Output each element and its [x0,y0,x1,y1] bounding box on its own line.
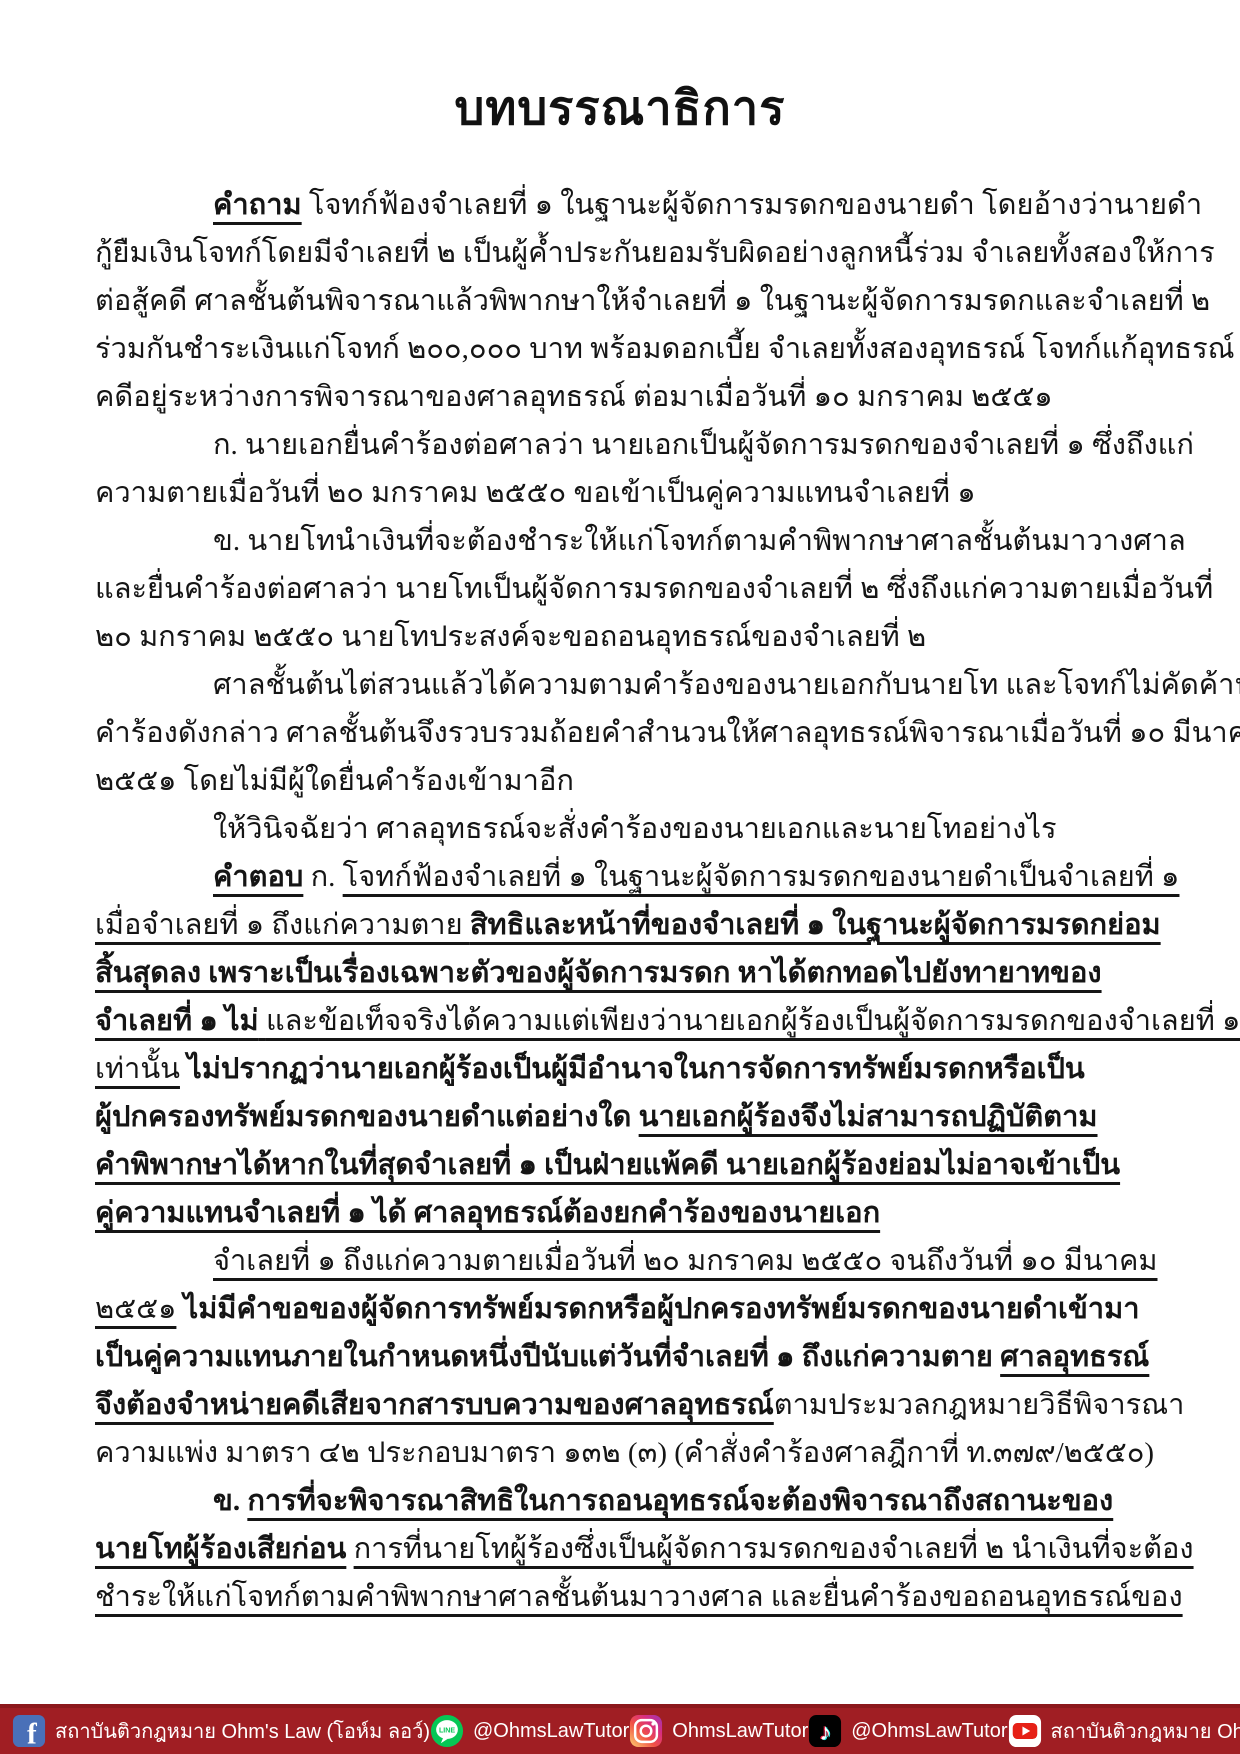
text-segment: เมื่อจำเลยที่ ๑ ถึงแก่ความตาย [95,909,470,941]
text-segment: การที่นายโทผู้ร้องซึ่งเป็นผู้จัดการมรดกข… [354,1533,1194,1565]
document-body: คำถาม โจทก์ฟ้องจำเลยที่ ๑ ในฐานะผู้จัดกา… [95,181,1150,1621]
footer-item-facebook[interactable]: fสถาบันติวกฎหมาย Ohm's Law (โอห์ม ลอว์) [12,1714,430,1748]
text-segment: จำเลยที่ ๑ ถึงแก่ความตายเมื่อวันที่ ๒๐ ม… [213,1245,1158,1277]
footer-item-label: สถาบันติวกฎหมาย Ohm's Law (โอห์ม ลอว์) [55,1715,430,1747]
text-line: ข. นายโทนำเงินที่จะต้องชำระให้แก่โจทก์ตา… [95,517,1150,565]
text-segment: ร่วมกันชำระเงินแก่โจทก์ ๒๐๐,๐๐๐ บาท พร้อ… [95,333,1235,365]
instagram-icon [629,1714,663,1748]
text-segment: ความตายเมื่อวันที่ ๒๐ มกราคม ๒๕๕๐ ขอเข้า… [95,477,976,509]
text-line: คำตอบ ก. โจทก์ฟ้องจำเลยที่ ๑ ในฐานะผู้จั… [95,853,1150,901]
text-segment: ก. นายเอกยื่นคำร้องต่อศาลว่า นายเอกเป็นผ… [213,429,1194,461]
text-line: ก. นายเอกยื่นคำร้องต่อศาลว่า นายเอกเป็นผ… [95,421,1150,469]
text-line: ๒๐ มกราคม ๒๕๕๐ นายโทประสงค์จะขอถอนอุทธรณ… [95,613,1150,661]
text-line: ความแพ่ง มาตรา ๔๒ ประกอบมาตรา ๑๓๒ (๓) (ค… [95,1429,1150,1477]
text-line: กู้ยืมเงินโจทก์โดยมีจำเลยที่ ๒ เป็นผู้ค้… [95,229,1150,277]
text-line: ต่อสู้คดี ศาลชั้นต้นพิจารณาแล้วพิพากษาให… [95,277,1150,325]
text-segment: ไม่ปรากฏว่านายเอกผู้ร้องเป็นผู้มีอำนาจใน… [187,1053,1085,1085]
text-line: คำร้องดังกล่าว ศาลชั้นต้นจึงรวบรวมถ้อยคำ… [95,709,1150,757]
text-segment: คู่ความแทนจำเลยที่ ๑ ได้ ศาลอุทธรณ์ต้องย… [95,1197,880,1229]
text-segment: โจทก์ฟ้องจำเลยที่ ๑ ในฐานะผู้จัดการมรดกข… [302,189,1203,221]
text-segment: ศาลอุทธรณ์ [1000,1341,1149,1373]
text-line: ผู้ปกครองทรัพย์มรดกของนายดำแต่อย่างใด นา… [95,1093,1150,1141]
footer-item-instagram[interactable]: OhmsLawTutor [629,1714,808,1748]
text-segment: ต่อสู้คดี ศาลชั้นต้นพิจารณาแล้วพิพากษาให… [95,285,1210,317]
text-segment: ไม่มีคำขอของผู้จัดการทรัพย์มรดกหรือผู้ปก… [184,1293,1140,1325]
text-line: และยื่นคำร้องต่อศาลว่า นายโทเป็นผู้จัดกา… [95,565,1150,613]
text-line: ร่วมกันชำระเงินแก่โจทก์ ๒๐๐,๐๐๐ บาท พร้อ… [95,325,1150,373]
text-line: คู่ความแทนจำเลยที่ ๑ ได้ ศาลอุทธรณ์ต้องย… [95,1189,1150,1237]
text-segment: ผู้ปกครองทรัพย์มรดกของนายดำแต่อย่างใด [95,1101,639,1133]
text-line: คำพิพากษาได้หากในที่สุดจำเลยที่ ๑ เป็นฝ่… [95,1141,1150,1189]
text-segment: สิ้นสุดลง เพราะเป็นเรื่องเฉพาะตัวของผู้จ… [95,957,1102,989]
text-line: เท่านั้น ไม่ปรากฏว่านายเอกผู้ร้องเป็นผู้… [95,1045,1150,1093]
text-segment: นายโทผู้ร้องเสียก่อน [95,1533,346,1565]
text-segment [346,1533,353,1565]
tiktok-icon: ♪♪♪ [808,1714,842,1748]
text-segment: ข. [213,1485,247,1517]
text-line: คดีอยู่ระหว่างการพิจารณาของศาลอุทธรณ์ ต่… [95,373,1150,421]
text-segment: นายเอกผู้ร้องจึงไม่สามารถปฏิบัติตาม [639,1101,1098,1133]
text-line: ๒๕๕๑ โดยไม่มีผู้ใดยื่นคำร้องเข้ามาอีก [95,757,1150,805]
text-segment: จำเลยที่ ๑ ไม่ [95,1005,259,1037]
youtube-icon [1008,1714,1042,1748]
text-segment: คำพิพากษาได้หากในที่สุดจำเลยที่ ๑ เป็นฝ่… [95,1149,1120,1181]
svg-text:♪: ♪ [820,1720,832,1746]
text-segment: ๒๐ มกราคม ๒๕๕๐ นายโทประสงค์จะขอถอนอุทธรณ… [95,621,926,653]
text-segment: และยื่นคำร้องต่อศาลว่า นายโทเป็นผู้จัดกา… [95,573,1213,605]
text-segment [259,1005,266,1037]
svg-text:f: f [27,1718,38,1748]
footer-item-youtube[interactable]: สถาบันติวกฎหมาย Ohm's Law โอห์ม ลอว์ [1008,1714,1240,1748]
footer-item-label: @OhmsLawTutor [473,1720,629,1743]
text-segment: และข้อเท็จจริงได้ความแต่เพียงว่านายเอกผู… [266,1005,1240,1037]
svg-text:LINE: LINE [439,1726,455,1734]
text-line: สิ้นสุดลง เพราะเป็นเรื่องเฉพาะตัวของผู้จ… [95,949,1150,997]
text-line: ศาลชั้นต้นไต่สวนแล้วได้ความตามคำร้องของน… [95,661,1150,709]
text-line: ข. การที่จะพิจารณาสิทธิในการถอนอุทธรณ์จะ… [95,1477,1150,1525]
footer-bar: fสถาบันติวกฎหมาย Ohm's Law (โอห์ม ลอว์)L… [0,1704,1240,1754]
footer-item-label: สถาบันติวกฎหมาย Ohm's Law โอห์ม ลอว์ [1051,1715,1240,1747]
text-segment [176,1293,183,1325]
text-segment: ๒๕๕๑ โดยไม่มีผู้ใดยื่นคำร้องเข้ามาอีก [95,765,574,797]
text-line: คำถาม โจทก์ฟ้องจำเลยที่ ๑ ในฐานะผู้จัดกา… [95,181,1150,229]
text-line: ให้วินิจฉัยว่า ศาลอุทธรณ์จะสั่งคำร้องของ… [95,805,1150,853]
text-line: เมื่อจำเลยที่ ๑ ถึงแก่ความตาย สิทธิและหน… [95,901,1150,949]
text-segment: ชำระให้แก่โจทก์ตามคำพิพากษาศาลชั้นต้นมาว… [95,1581,1183,1613]
text-line: เป็นคู่ความแทนภายในกำหนดหนึ่งปีนับแต่วัน… [95,1333,1150,1381]
footer-item-line[interactable]: LINE@OhmsLawTutor [430,1714,629,1748]
text-line: ชำระให้แก่โจทก์ตามคำพิพากษาศาลชั้นต้นมาว… [95,1573,1150,1621]
text-line: จำเลยที่ ๑ ถึงแก่ความตายเมื่อวันที่ ๒๐ ม… [95,1237,1150,1285]
text-segment: กู้ยืมเงินโจทก์โดยมีจำเลยที่ ๒ เป็นผู้ค้… [95,237,1215,269]
page-title: บทบรรณาธิการ [0,70,1240,145]
footer-item-tiktok[interactable]: ♪♪♪@OhmsLawTutor [808,1714,1007,1748]
text-segment: ศาลชั้นต้นไต่สวนแล้วได้ความตามคำร้องของน… [213,669,1240,701]
text-segment: จึงต้องจำหน่ายคดีเสียจากสารบบความของศาลอ… [95,1389,774,1421]
text-segment: เท่านั้น [95,1053,180,1085]
text-line: นายโทผู้ร้องเสียก่อน การที่นายโทผู้ร้องซ… [95,1525,1150,1573]
text-line: จำเลยที่ ๑ ไม่ และข้อเท็จจริงได้ความแต่เ… [95,997,1150,1045]
text-segment: การที่จะพิจารณาสิทธิในการถอนอุทธรณ์จะต้อ… [247,1485,1113,1517]
line-icon: LINE [430,1714,464,1748]
text-segment: ความแพ่ง มาตรา ๔๒ ประกอบมาตรา ๑๓๒ (๓) (ค… [95,1437,1154,1469]
text-segment: คดีอยู่ระหว่างการพิจารณาของศาลอุทธรณ์ ต่… [95,381,1053,413]
text-line: จึงต้องจำหน่ายคดีเสียจากสารบบความของศาลอ… [95,1381,1150,1429]
text-segment: ตามประมวลกฎหมายวิธีพิจารณา [774,1389,1185,1421]
text-segment: ข. นายโทนำเงินที่จะต้องชำระให้แก่โจทก์ตา… [213,525,1186,557]
text-segment: ก. [303,861,342,893]
text-segment: คำถาม [213,189,302,221]
text-segment: เป็นคู่ความแทนภายในกำหนดหนึ่งปีนับแต่วัน… [95,1341,1000,1373]
footer-item-label: OhmsLawTutor [672,1720,808,1743]
facebook-icon: f [12,1714,46,1748]
text-segment: สิทธิและหน้าที่ของจำเลยที่ ๑ ในฐานะผู้จั… [470,909,1161,941]
footer-item-label: @OhmsLawTutor [851,1720,1007,1743]
text-segment: คำตอบ [213,861,303,893]
text-line: ๒๕๕๑ ไม่มีคำขอของผู้จัดการทรัพย์มรดกหรือ… [95,1285,1150,1333]
text-line: ความตายเมื่อวันที่ ๒๐ มกราคม ๒๕๕๐ ขอเข้า… [95,469,1150,517]
text-segment: ๒๕๕๑ [95,1293,176,1325]
text-segment: โจทก์ฟ้องจำเลยที่ ๑ ในฐานะผู้จัดการมรดกข… [343,861,1180,893]
text-segment: ให้วินิจฉัยว่า ศาลอุทธรณ์จะสั่งคำร้องของ… [213,813,1057,845]
text-segment: คำร้องดังกล่าว ศาลชั้นต้นจึงรวบรวมถ้อยคำ… [95,717,1240,749]
